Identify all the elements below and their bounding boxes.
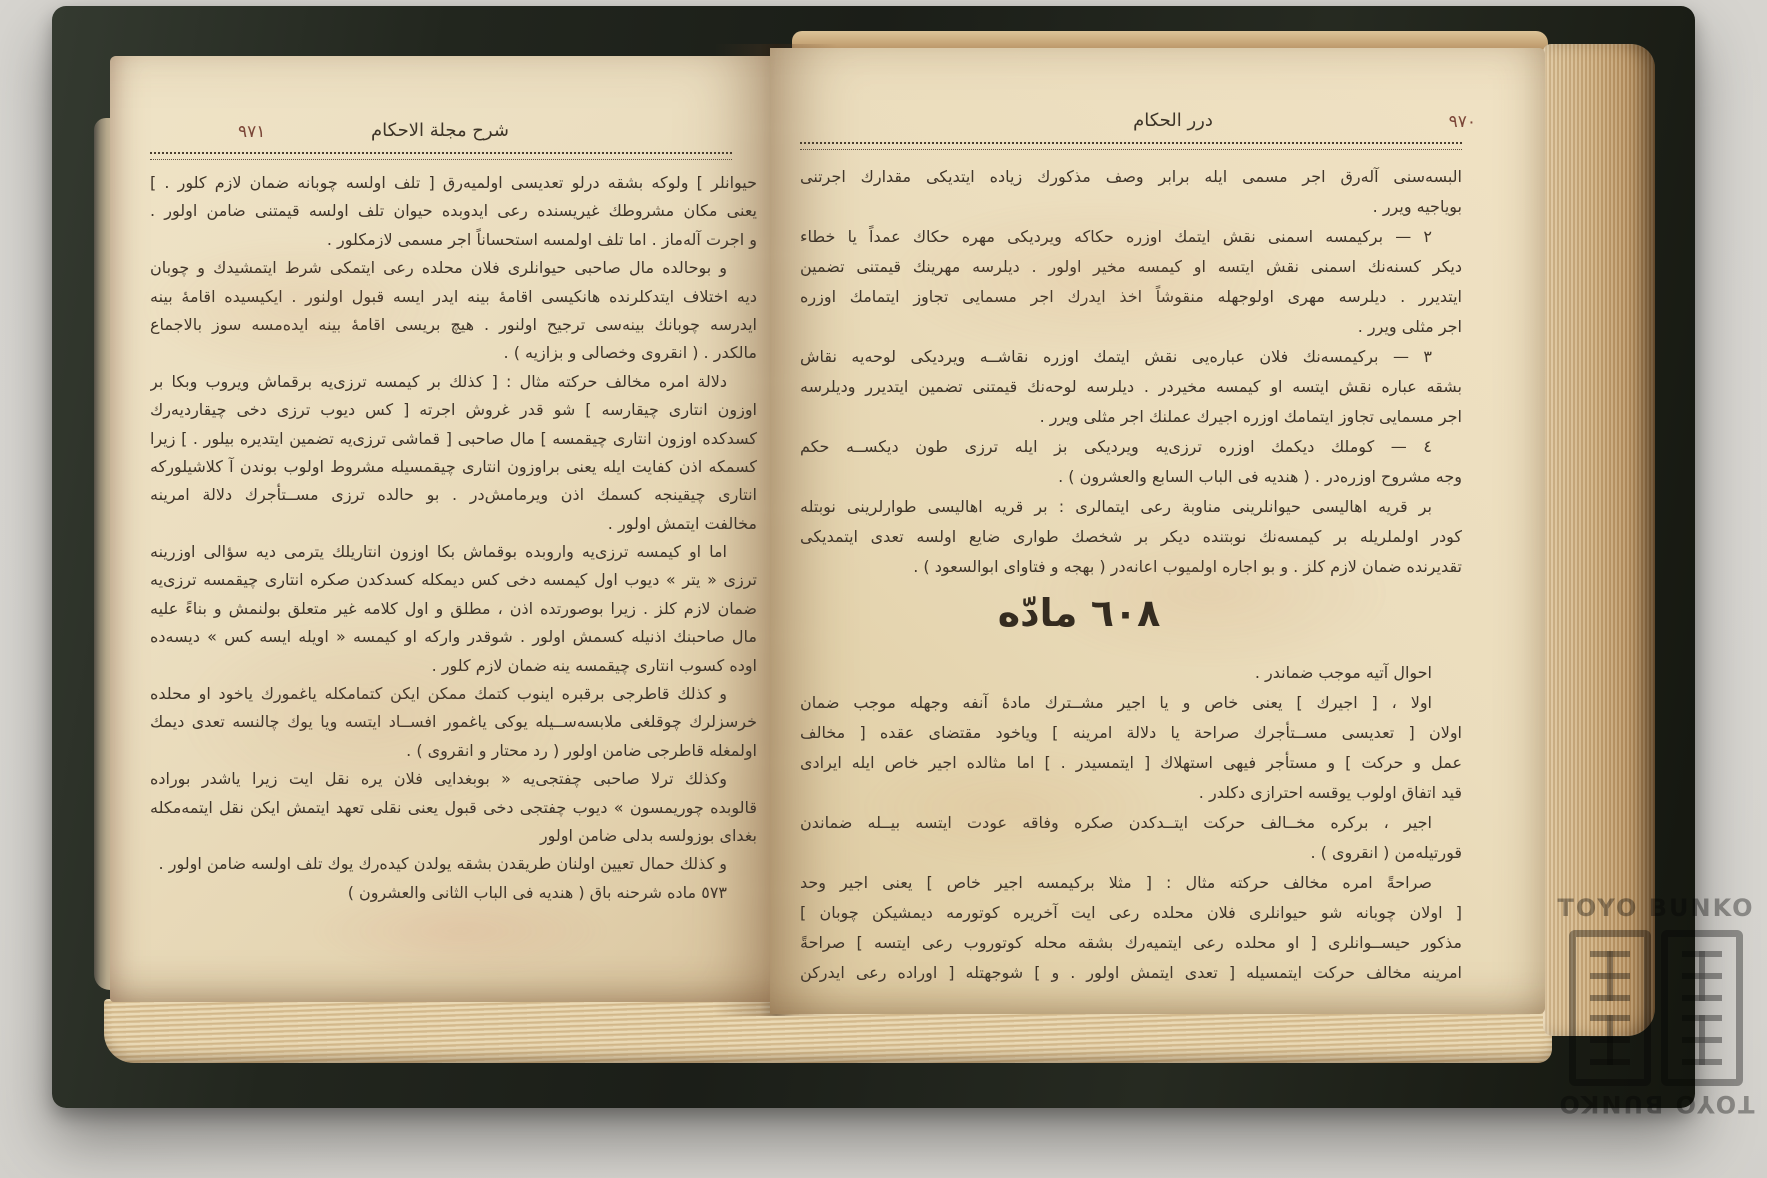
left-page: ٩٧١ شرح مجلة الاحكام حيوانلر ] ولوكه بشق… xyxy=(110,56,770,1002)
text-line: ايتديرر . ديلرسه مهرى اولوجهله منقوشاً ا… xyxy=(800,282,1462,312)
book-photo-scene: ٩٧١ شرح مجلة الاحكام حيوانلر ] ولوكه بشق… xyxy=(0,0,1767,1178)
text-line: اولا ، [ اجيرك ] يعنى خاص و يا اجير مشــ… xyxy=(800,688,1462,718)
text-line: بوياجيه ويرر . xyxy=(800,192,1462,222)
text-line: اولان [ تعديسى مســتأجرك صراحة يا دلالة … xyxy=(800,718,1462,748)
text-line: و كذلك قاطرجى برقبره اينوب كتمك ممكن ايك… xyxy=(150,680,757,708)
right-page-text-block-bottom: احوال آتيه موجب ضماندر .اولا ، [ اجيرك ]… xyxy=(800,658,1462,988)
text-line: و بوحالده مال صاحبى حيوانلرى فلان محلده … xyxy=(150,254,757,282)
text-line: امرينه مخالف حركت ايتمسيله [ تعدى ايتمش … xyxy=(800,958,1462,988)
text-line: ٣ — بركيمسه‌نك فلان عباره‌يى نقش ايتمك ا… xyxy=(800,342,1462,372)
article-608-heading: ٦٠٨ مادّه xyxy=(748,582,1410,646)
right-page-text-block-top: البسه‌سنى آله‌رق اجر مسمى ايله برابر وصف… xyxy=(800,162,1462,582)
text-line: و اجرت آله‌ماز . اما تلف اولمسه استحسانا… xyxy=(150,226,757,254)
right-page-running-title: درر الحكام xyxy=(842,110,1504,131)
text-line: وكذلك ترلا صاحبى چفتجى‌يه « بوبغدايى فلا… xyxy=(150,765,757,793)
text-line: مال صاحبنك اذنيله كسمش اولور . شوقدر وار… xyxy=(150,623,757,651)
text-line: البسه‌سنى آله‌رق اجر مسمى ايله برابر وصف… xyxy=(800,162,1462,192)
text-line: ديه اختلاف ايتدكلرنده هانكيسى اقامهٔ بين… xyxy=(150,283,757,311)
left-page-header: ٩٧١ شرح مجلة الاحكام xyxy=(150,120,730,148)
text-line: اجر مسمايى تجاوز ايتمامك اوزره اجيرك عمل… xyxy=(800,402,1462,432)
text-line: اولمغله قاطرجى ضامن اولور ( رد محتار و ا… xyxy=(150,737,757,765)
right-page-number: ٩٧٠ xyxy=(1449,112,1476,132)
text-line: ٥٧٣ ماده شرحنه باق ( هنديه فى الباب الثا… xyxy=(150,879,757,907)
text-line: كسدكده اوزون انتارى چيقمسه ] مال صاحبى [… xyxy=(150,425,757,453)
text-line: اجر مثلى ويرر . xyxy=(800,312,1462,342)
text-line: دلالة امره مخالف حركته مثال : [ كذلك بر … xyxy=(150,368,757,396)
text-line: مذكور حيســوانلرى [ او محلده رعى ايتميه‌… xyxy=(800,928,1462,958)
text-line: انتارى چيقينجه كسمك اذن ويرمامش‌در . بو … xyxy=(150,481,757,509)
text-line: بشقه عباره نقش ايتسه او كيمسه مخيردر . د… xyxy=(800,372,1462,402)
text-line: ترزى « يتر » ديوب اول كيمسه دخى كس ديمكل… xyxy=(150,566,757,594)
text-line: ٢ — بركيمسه اسمنى نقش ايتمك اوزره حكاكه … xyxy=(800,222,1462,252)
left-page-text-block: حيوانلر ] ولوكه بشقه درلو تعديسى اولميه‌… xyxy=(150,169,757,907)
text-line: يعنى مكان مشروطك غيريسنده رعى ايدوبده حي… xyxy=(150,197,757,225)
text-line: تقديرنده ضمان لازم كلز . و بو اجاره اولم… xyxy=(800,552,1462,582)
text-line: حيوانلر ] ولوكه بشقه درلو تعديسى اولميه‌… xyxy=(150,169,757,197)
text-line: خرسزلرك چوقلغى ملابسه‌ســيله يوكى ياغمور… xyxy=(150,708,757,736)
text-line: ضمان لازم كلز . زيرا بوصورتده اذن ، مطلق… xyxy=(150,595,757,623)
text-line: كودر اولملريله بر كيمسه‌نك نوبتنده ديكر … xyxy=(800,522,1462,552)
text-line: احوال آتيه موجب ضماندر . xyxy=(800,658,1462,688)
text-line: [ اولان چوبانه شو حيوانلرى فلان محلده رع… xyxy=(800,898,1462,928)
text-line: اجير ، بركره مخــالف حركت ايتــدكدن صكره… xyxy=(800,808,1462,838)
text-line: و كذلك حمال تعيين اولنان طريقدن بشقه يول… xyxy=(150,850,757,878)
right-page-header: درر الحكام ٩٧٠ xyxy=(800,110,1462,138)
text-line: ٤ — كوملك ديكمك اوزره ترزى‌يه ويرديكى بز… xyxy=(800,432,1462,462)
text-line: اوده كسوب انتارى چيقمسه ينه ضمان لازم كل… xyxy=(150,652,757,680)
text-line: قيد اتفاق اولوب يوقسه احترازى دكلدر . xyxy=(800,778,1462,808)
text-line: وجه مشروح اوزره‌در . ( هنديه فى الباب ال… xyxy=(800,462,1462,492)
text-line: مخالفت ايتمش اولور . xyxy=(150,510,757,538)
right-header-rule xyxy=(800,142,1462,150)
text-line: بر قريه اهاليسى حيوانلرينى مناوبة رعى اي… xyxy=(800,492,1462,522)
text-line: اوزون انتارى چيقارسه ] شو قدر غروش اجرته… xyxy=(150,396,757,424)
text-line: عمل و حركت ] و مستأجر فيهى استهلاك [ ايت… xyxy=(800,748,1462,778)
text-line: مالكدر . ( انقروى وخصالى و بزازيه ) . xyxy=(150,339,757,367)
text-line: بغداى بوزولسه بدلى ضامن اولور xyxy=(150,822,757,850)
text-line: ايدرسه چوبانك بينه‌سى ترجيح اولنور . هيچ… xyxy=(150,311,757,339)
text-line: اما او كيمسه ترزى‌يه واروبده بوقماش بكا … xyxy=(150,538,757,566)
text-line: كسمكه اذن كفايت ايله يعنى براوزون انتارى… xyxy=(150,453,757,481)
text-line: ديكر كسنه‌نك اسمنى نقش ايتسه او كيمسه مخ… xyxy=(800,252,1462,282)
left-page-running-title: شرح مجلة الاحكام xyxy=(150,120,730,141)
text-line: قورتيله‌من ( انقروى ) . xyxy=(800,838,1462,868)
left-header-rule xyxy=(150,152,732,160)
text-line: قالوبده چوريمسون » ديوب چفتجى دخى قبول ي… xyxy=(150,794,757,822)
right-page: درر الحكام ٩٧٠ البسه‌سنى آله‌رق اجر مسمى… xyxy=(770,48,1545,1014)
text-line: صراحةً امره مخالف حركته مثال : [ مثلا بر… xyxy=(800,868,1462,898)
fore-edge-page-stack xyxy=(1543,44,1655,1036)
